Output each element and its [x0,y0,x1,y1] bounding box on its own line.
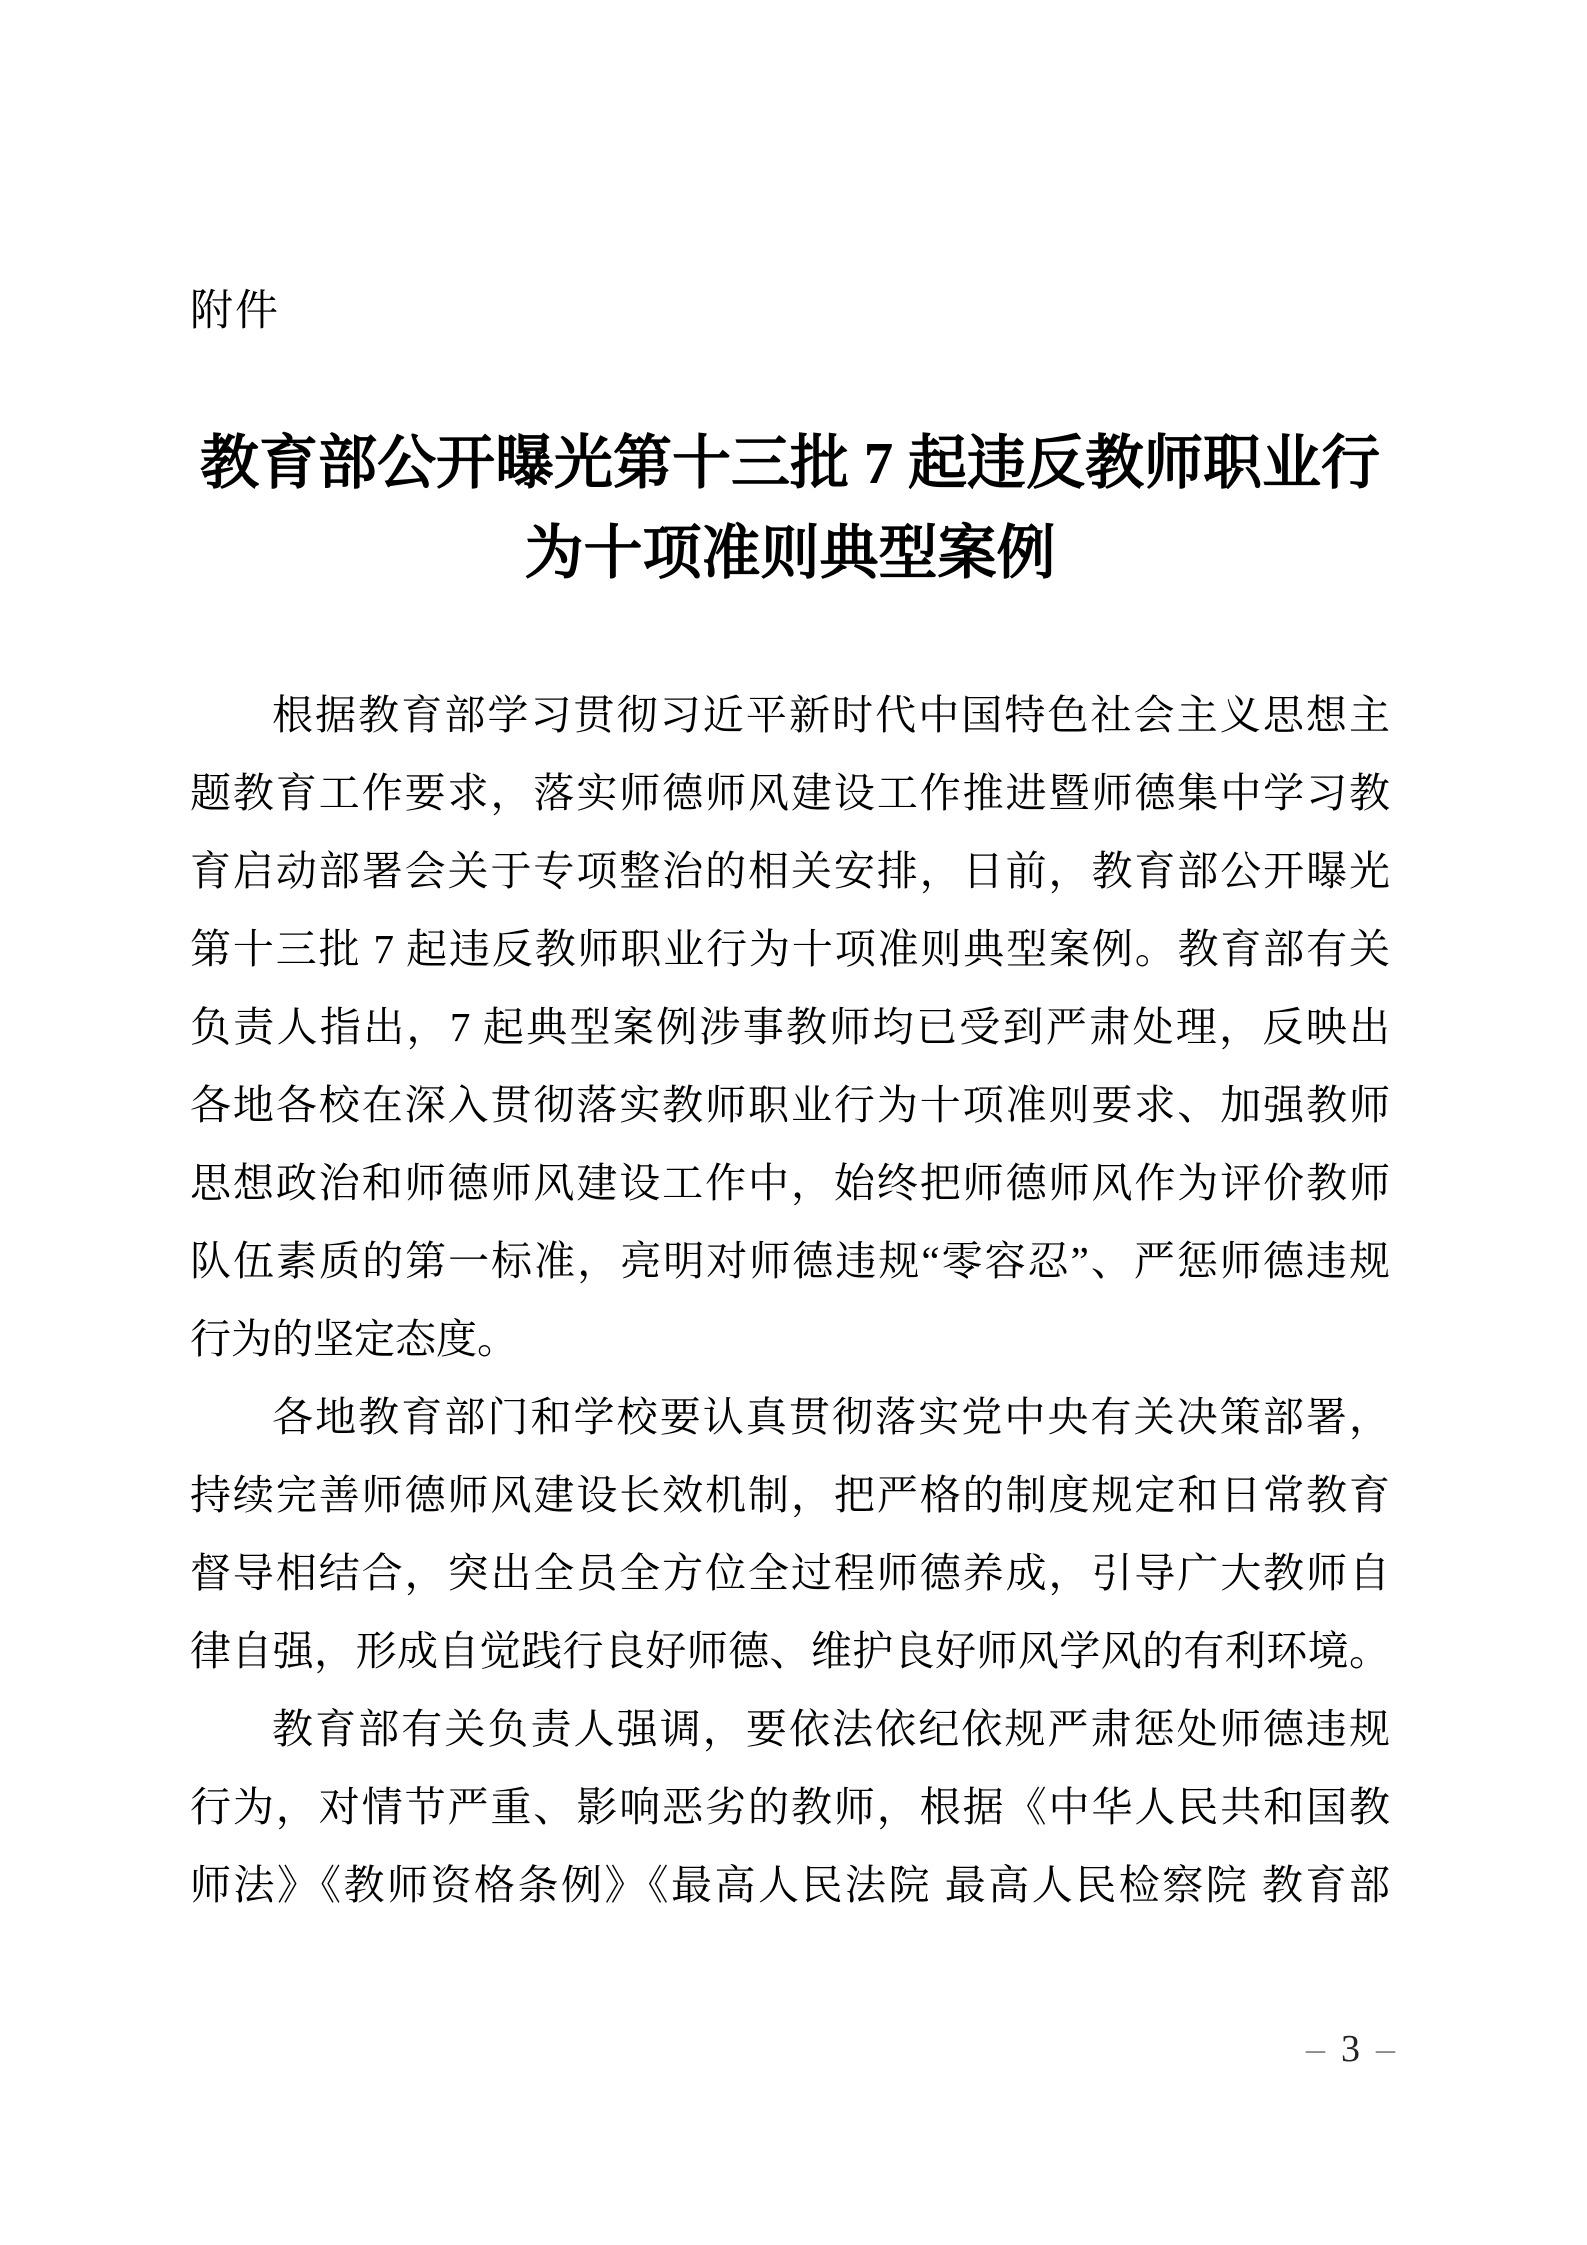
body-line: 负责人指出，7 起典型案例涉事教师均已受到严肃处理，反映出 [190,988,1390,1066]
body-line: 根据教育部学习贯彻习近平新时代中国特色社会主义思想主 [190,676,1390,754]
page-number-dash-right: – [1376,2028,1395,2070]
body-line: 各地教育部门和学校要认真贯彻落实党中央有关决策部署， [190,1378,1390,1456]
body-line: 队伍素质的第一标准，亮明对师德违规“零容忍”、严惩师德违规 [190,1222,1390,1300]
body-line: 教育部有关负责人强调，要依法依纪依规严肃惩处师德违规 [190,1690,1390,1768]
body-line: 师法》《教师资格条例》《最高人民法院 最高人民检察院 教育部 [190,1846,1390,1924]
body-line: 行为，对情节严重、影响恶劣的教师，根据《中华人民共和国教 [190,1768,1390,1846]
attachment-label: 附件 [190,288,280,334]
body-line: 育启动部署会关于专项整治的相关安排，日前，教育部公开曝光 [190,832,1390,910]
body-line: 题教育工作要求，落实师德师风建设工作推进暨师德集中学习教 [190,754,1390,832]
body-line: 各地各校在深入贯彻落实教师职业行为十项准则要求、加强教师 [190,1066,1390,1144]
body-line: 行为的坚定态度。 [190,1300,1390,1378]
page-number-value: 3 [1341,2028,1360,2070]
body-line: 督导相结合，突出全员全方位全过程师德养成，引导广大教师自 [190,1534,1390,1612]
document-title-line-1: 教育部公开曝光第十三批 7 起违反教师职业行 [190,418,1390,508]
body-text: 根据教育部学习贯彻习近平新时代中国特色社会主义思想主 题教育工作要求，落实师德师… [190,676,1390,1924]
page-number: –3– [1306,2028,1395,2070]
document-page: 附件 教育部公开曝光第十三批 7 起违反教师职业行 为十项准则典型案例 根据教育… [0,0,1587,2245]
page-number-dash-left: – [1306,2028,1325,2070]
body-line: 持续完善师德师风建设长效机制，把严格的制度规定和日常教育 [190,1456,1390,1534]
body-line: 第十三批 7 起违反教师职业行为十项准则典型案例。教育部有关 [190,910,1390,988]
body-line: 律自强，形成自觉践行良好师德、维护良好师风学风的有利环境。 [190,1612,1390,1690]
document-title: 教育部公开曝光第十三批 7 起违反教师职业行 为十项准则典型案例 [190,418,1390,598]
document-title-line-2: 为十项准则典型案例 [190,508,1390,598]
body-line: 思想政治和师德师风建设工作中，始终把师德师风作为评价教师 [190,1144,1390,1222]
